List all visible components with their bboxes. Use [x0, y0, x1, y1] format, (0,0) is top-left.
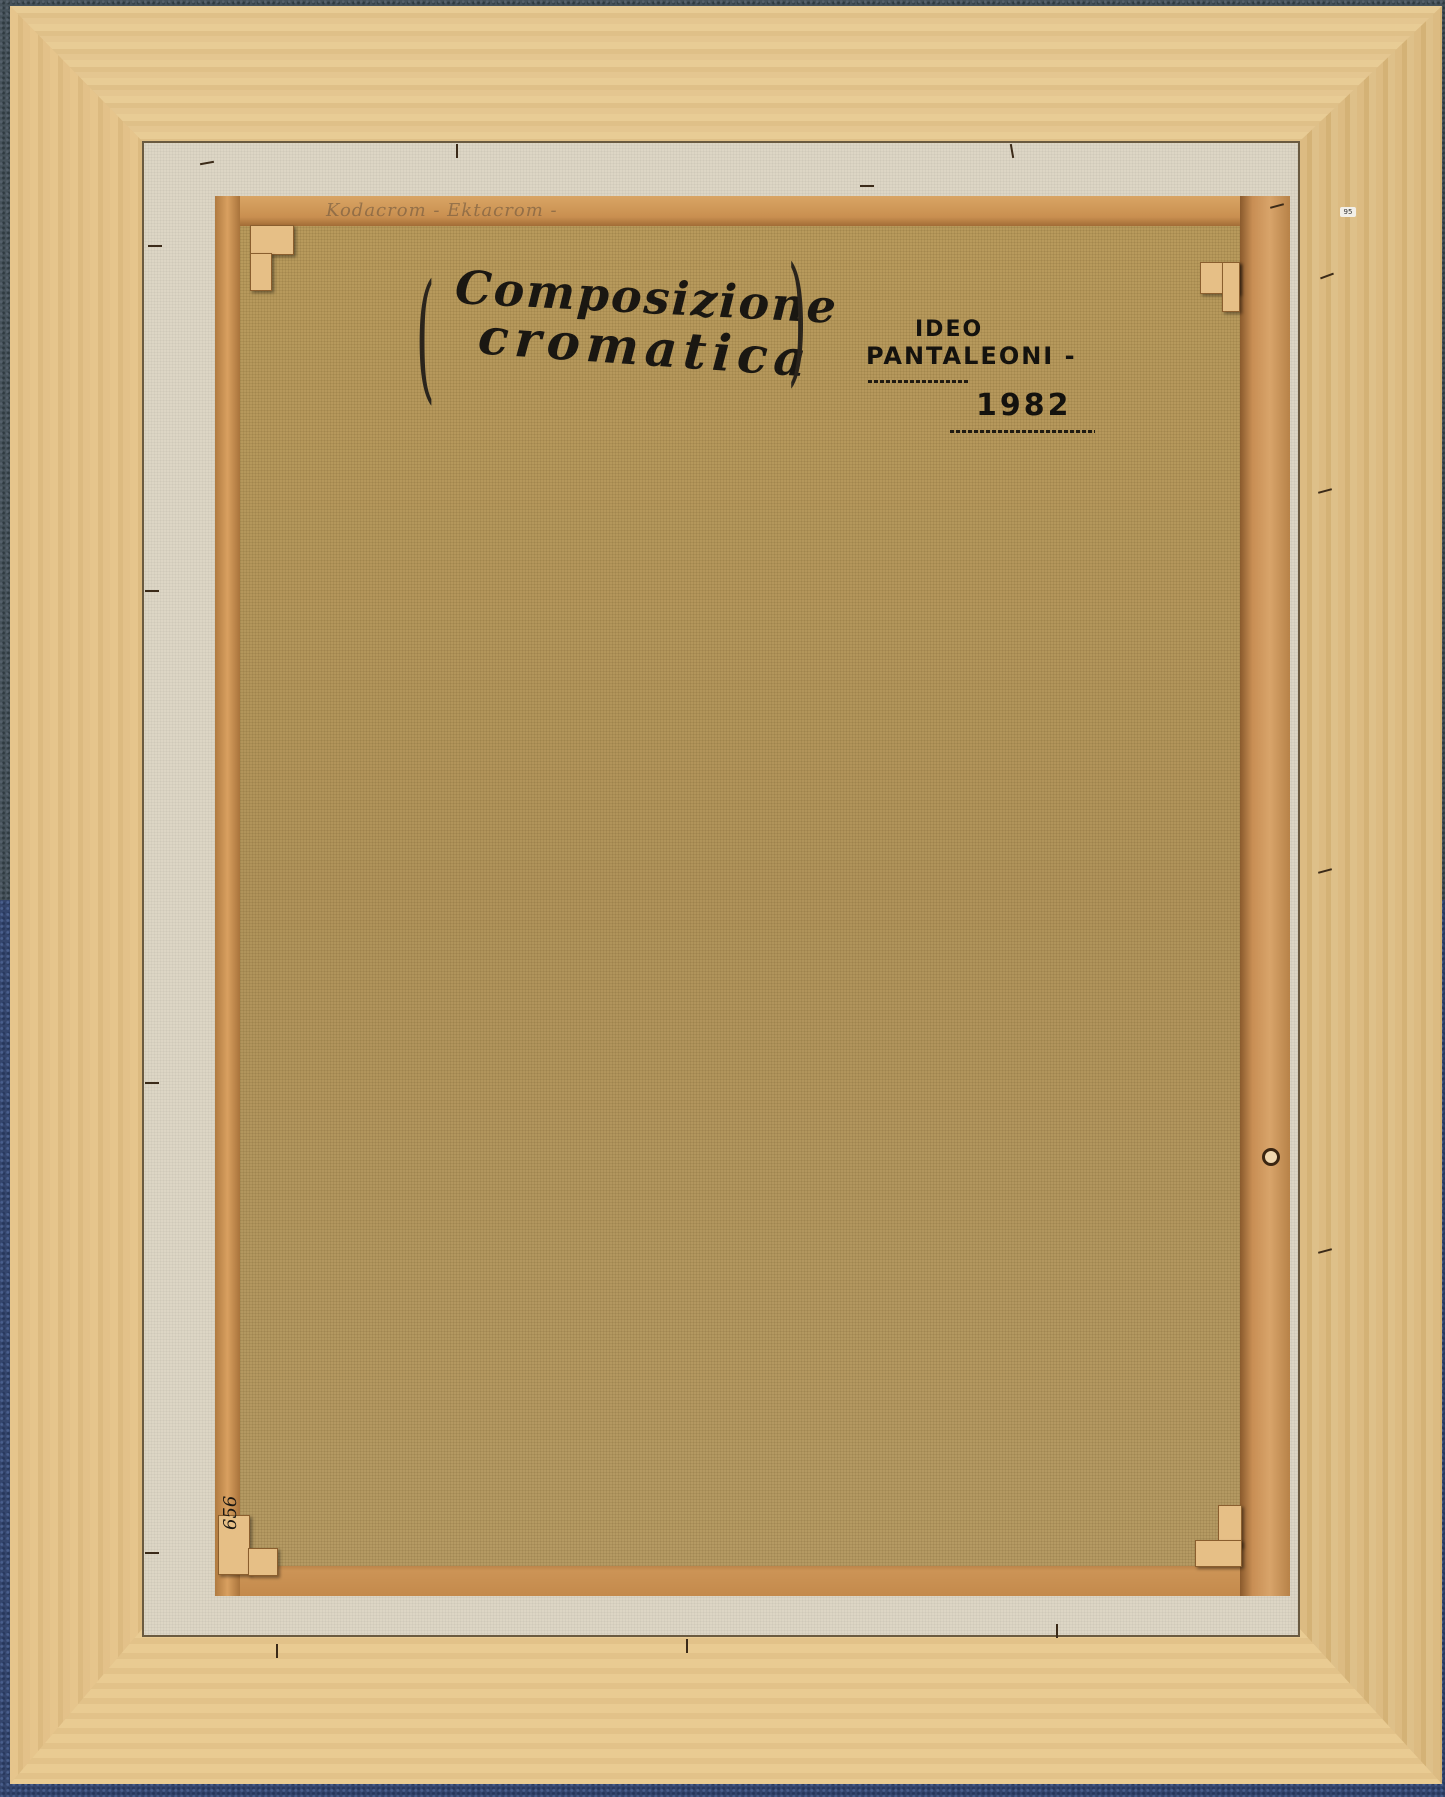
stretcher-bar-right	[1240, 196, 1290, 1596]
staple	[145, 1552, 159, 1554]
year-underline	[950, 430, 1095, 433]
wood-knot	[1262, 1148, 1280, 1166]
corner-key-top-right-2	[1222, 262, 1240, 312]
artwork-year: 1982	[976, 388, 1072, 423]
staple	[686, 1639, 688, 1653]
frame-bottom-rail	[10, 1629, 1442, 1784]
artist-first-name: IDEO	[915, 317, 983, 342]
staple	[860, 185, 874, 187]
corner-key-bottom-right-2	[1195, 1540, 1242, 1567]
inventory-number: 656	[220, 1496, 241, 1530]
staple	[145, 1082, 159, 1084]
title-parenthesis-close: )	[788, 238, 807, 401]
frame-left-stile	[10, 6, 142, 1784]
corner-key-bottom-left-2	[248, 1548, 278, 1576]
signature-underline	[868, 380, 968, 383]
staple	[456, 144, 458, 158]
title-parenthesis-open: (	[416, 255, 435, 418]
staple	[276, 1644, 278, 1658]
corner-key-top-left-2	[250, 253, 272, 291]
artist-last-name: PANTALEONI -	[866, 342, 1077, 370]
frame-right-stile	[1300, 6, 1442, 1784]
stretcher-bar-left	[215, 196, 240, 1596]
staple	[148, 245, 162, 247]
staple	[1056, 1624, 1058, 1638]
frame-top-rail	[10, 6, 1442, 141]
label-tag: 95	[1340, 207, 1356, 217]
canvas-back	[240, 226, 1240, 1566]
corner-key-top-left	[250, 225, 294, 255]
pencil-note-stretcher: Kodacrom - Ektacrom -	[326, 200, 558, 221]
staple	[145, 590, 159, 592]
